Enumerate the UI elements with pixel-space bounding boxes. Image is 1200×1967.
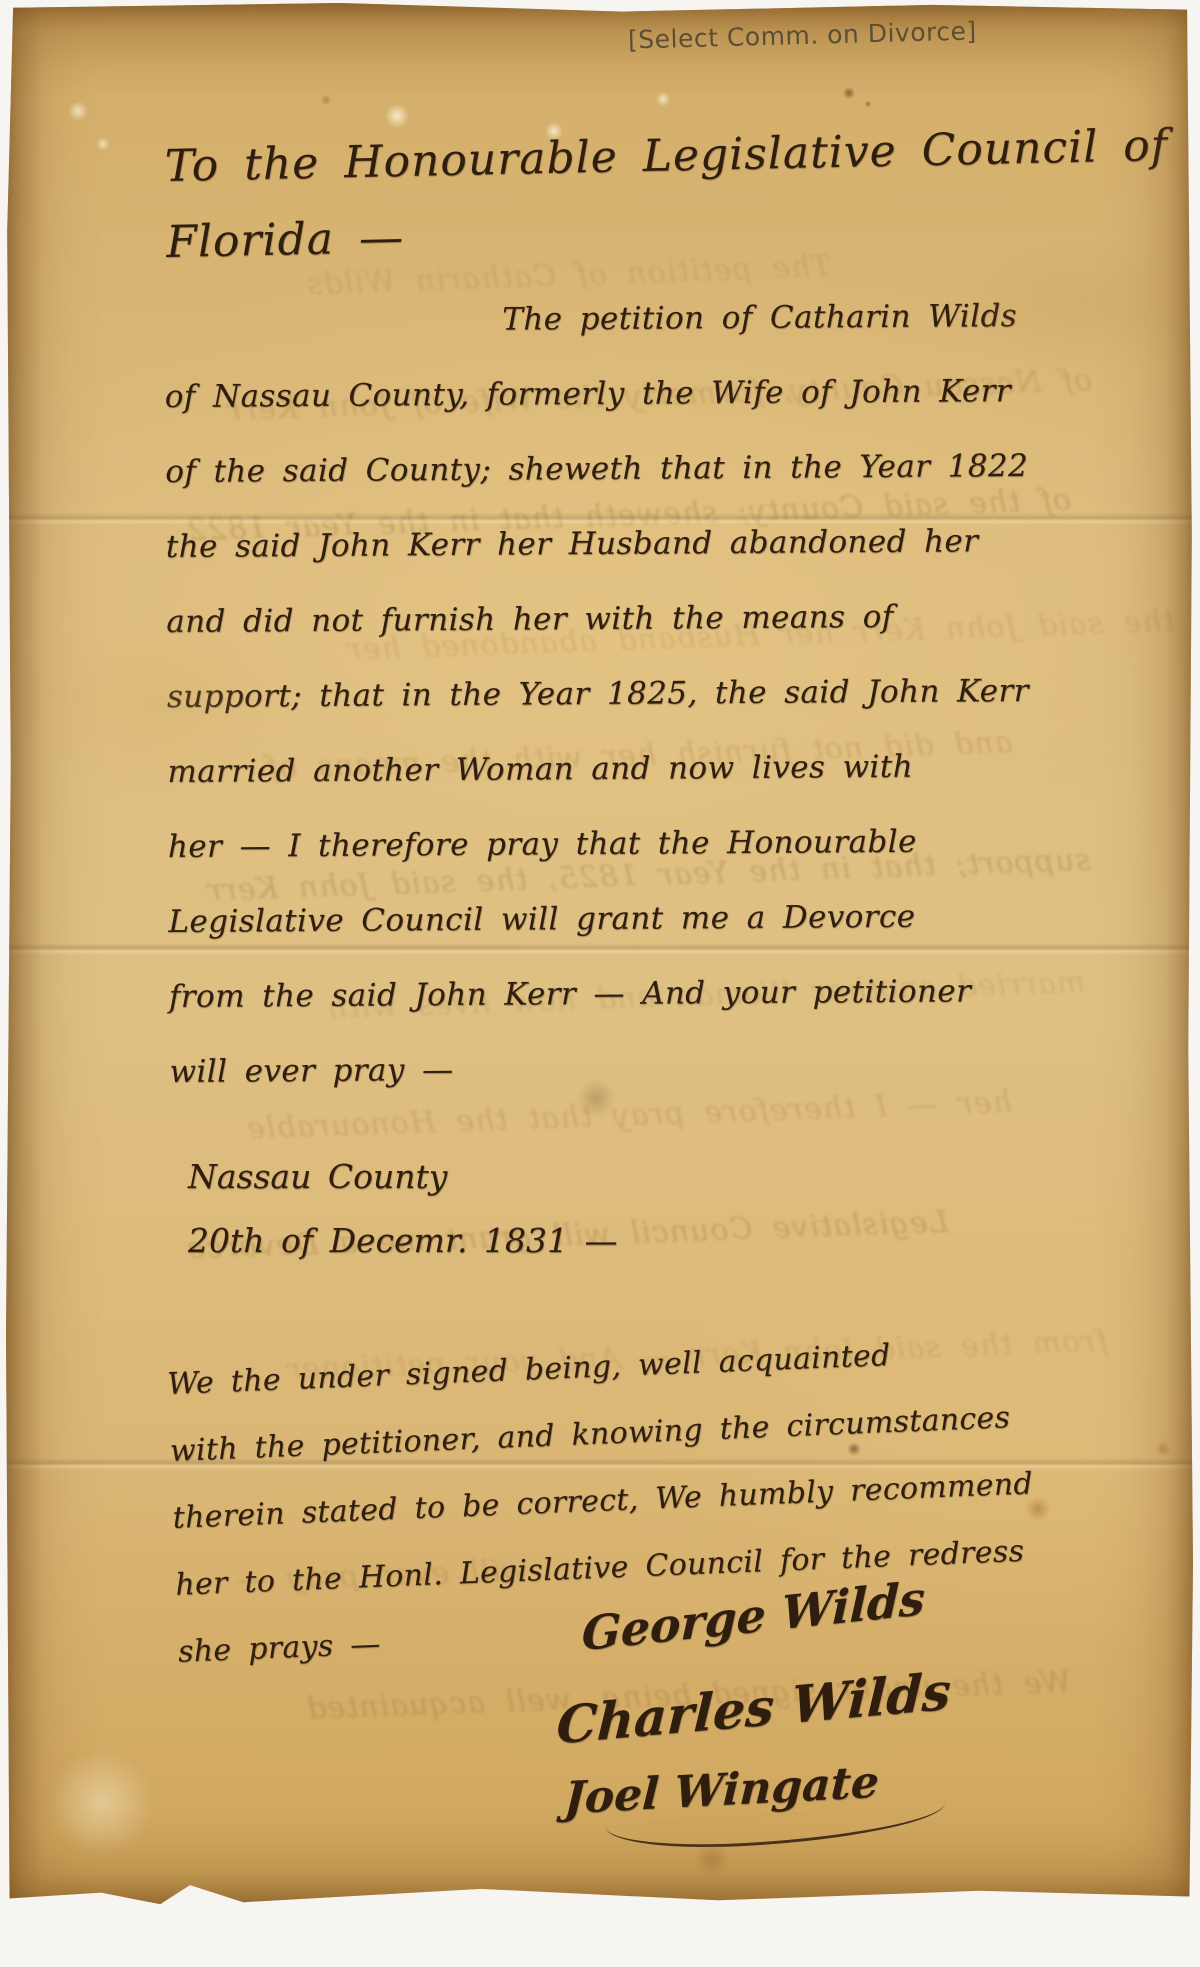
petition-body: The petition of Catharin Wilds of Nassau… (164, 279, 1033, 1110)
signature-joel-wingate: Joel Wingate (563, 1757, 880, 1825)
manuscript-paper: The petition of Catharin Wildsof Nassau … (6, 3, 1193, 1906)
document-scan: The petition of Catharin Wildsof Nassau … (0, 0, 1200, 1967)
petition-line: will ever pray — (169, 1029, 1032, 1110)
petition-line: the said John Kerr her Husband abandoned… (166, 504, 1029, 585)
signature-charles-wilds: Charles Wilds (555, 1662, 952, 1757)
petition-line: her — I therefore pray that the Honourab… (168, 804, 1031, 885)
salutation: To the Honourable Legislative Council of… (164, 108, 1170, 281)
archival-note: [Select Comm. on Divorce] (628, 16, 977, 54)
petition-line: of Nassau County, formerly the Wife of J… (165, 354, 1028, 435)
petition-line: support; that in the Year 1825, the said… (167, 654, 1030, 735)
petition-line: married another Woman and now lives with (167, 729, 1030, 810)
petition-line: and did not furnish her with the means o… (166, 579, 1029, 660)
petition-line: The petition of Catharin Wilds (164, 279, 1027, 360)
petition-line: of the said County; sheweth that in the … (165, 429, 1028, 510)
petition-line: Legislative Council will grant me a Devo… (168, 879, 1031, 960)
date-line: 20th of Decemr. 1831 — (188, 1209, 617, 1273)
petition-line: from the said John Kerr — And your petit… (169, 954, 1032, 1035)
place-line: Nassau County (188, 1145, 617, 1209)
place-date: Nassau County 20th of Decemr. 1831 — (188, 1145, 617, 1273)
